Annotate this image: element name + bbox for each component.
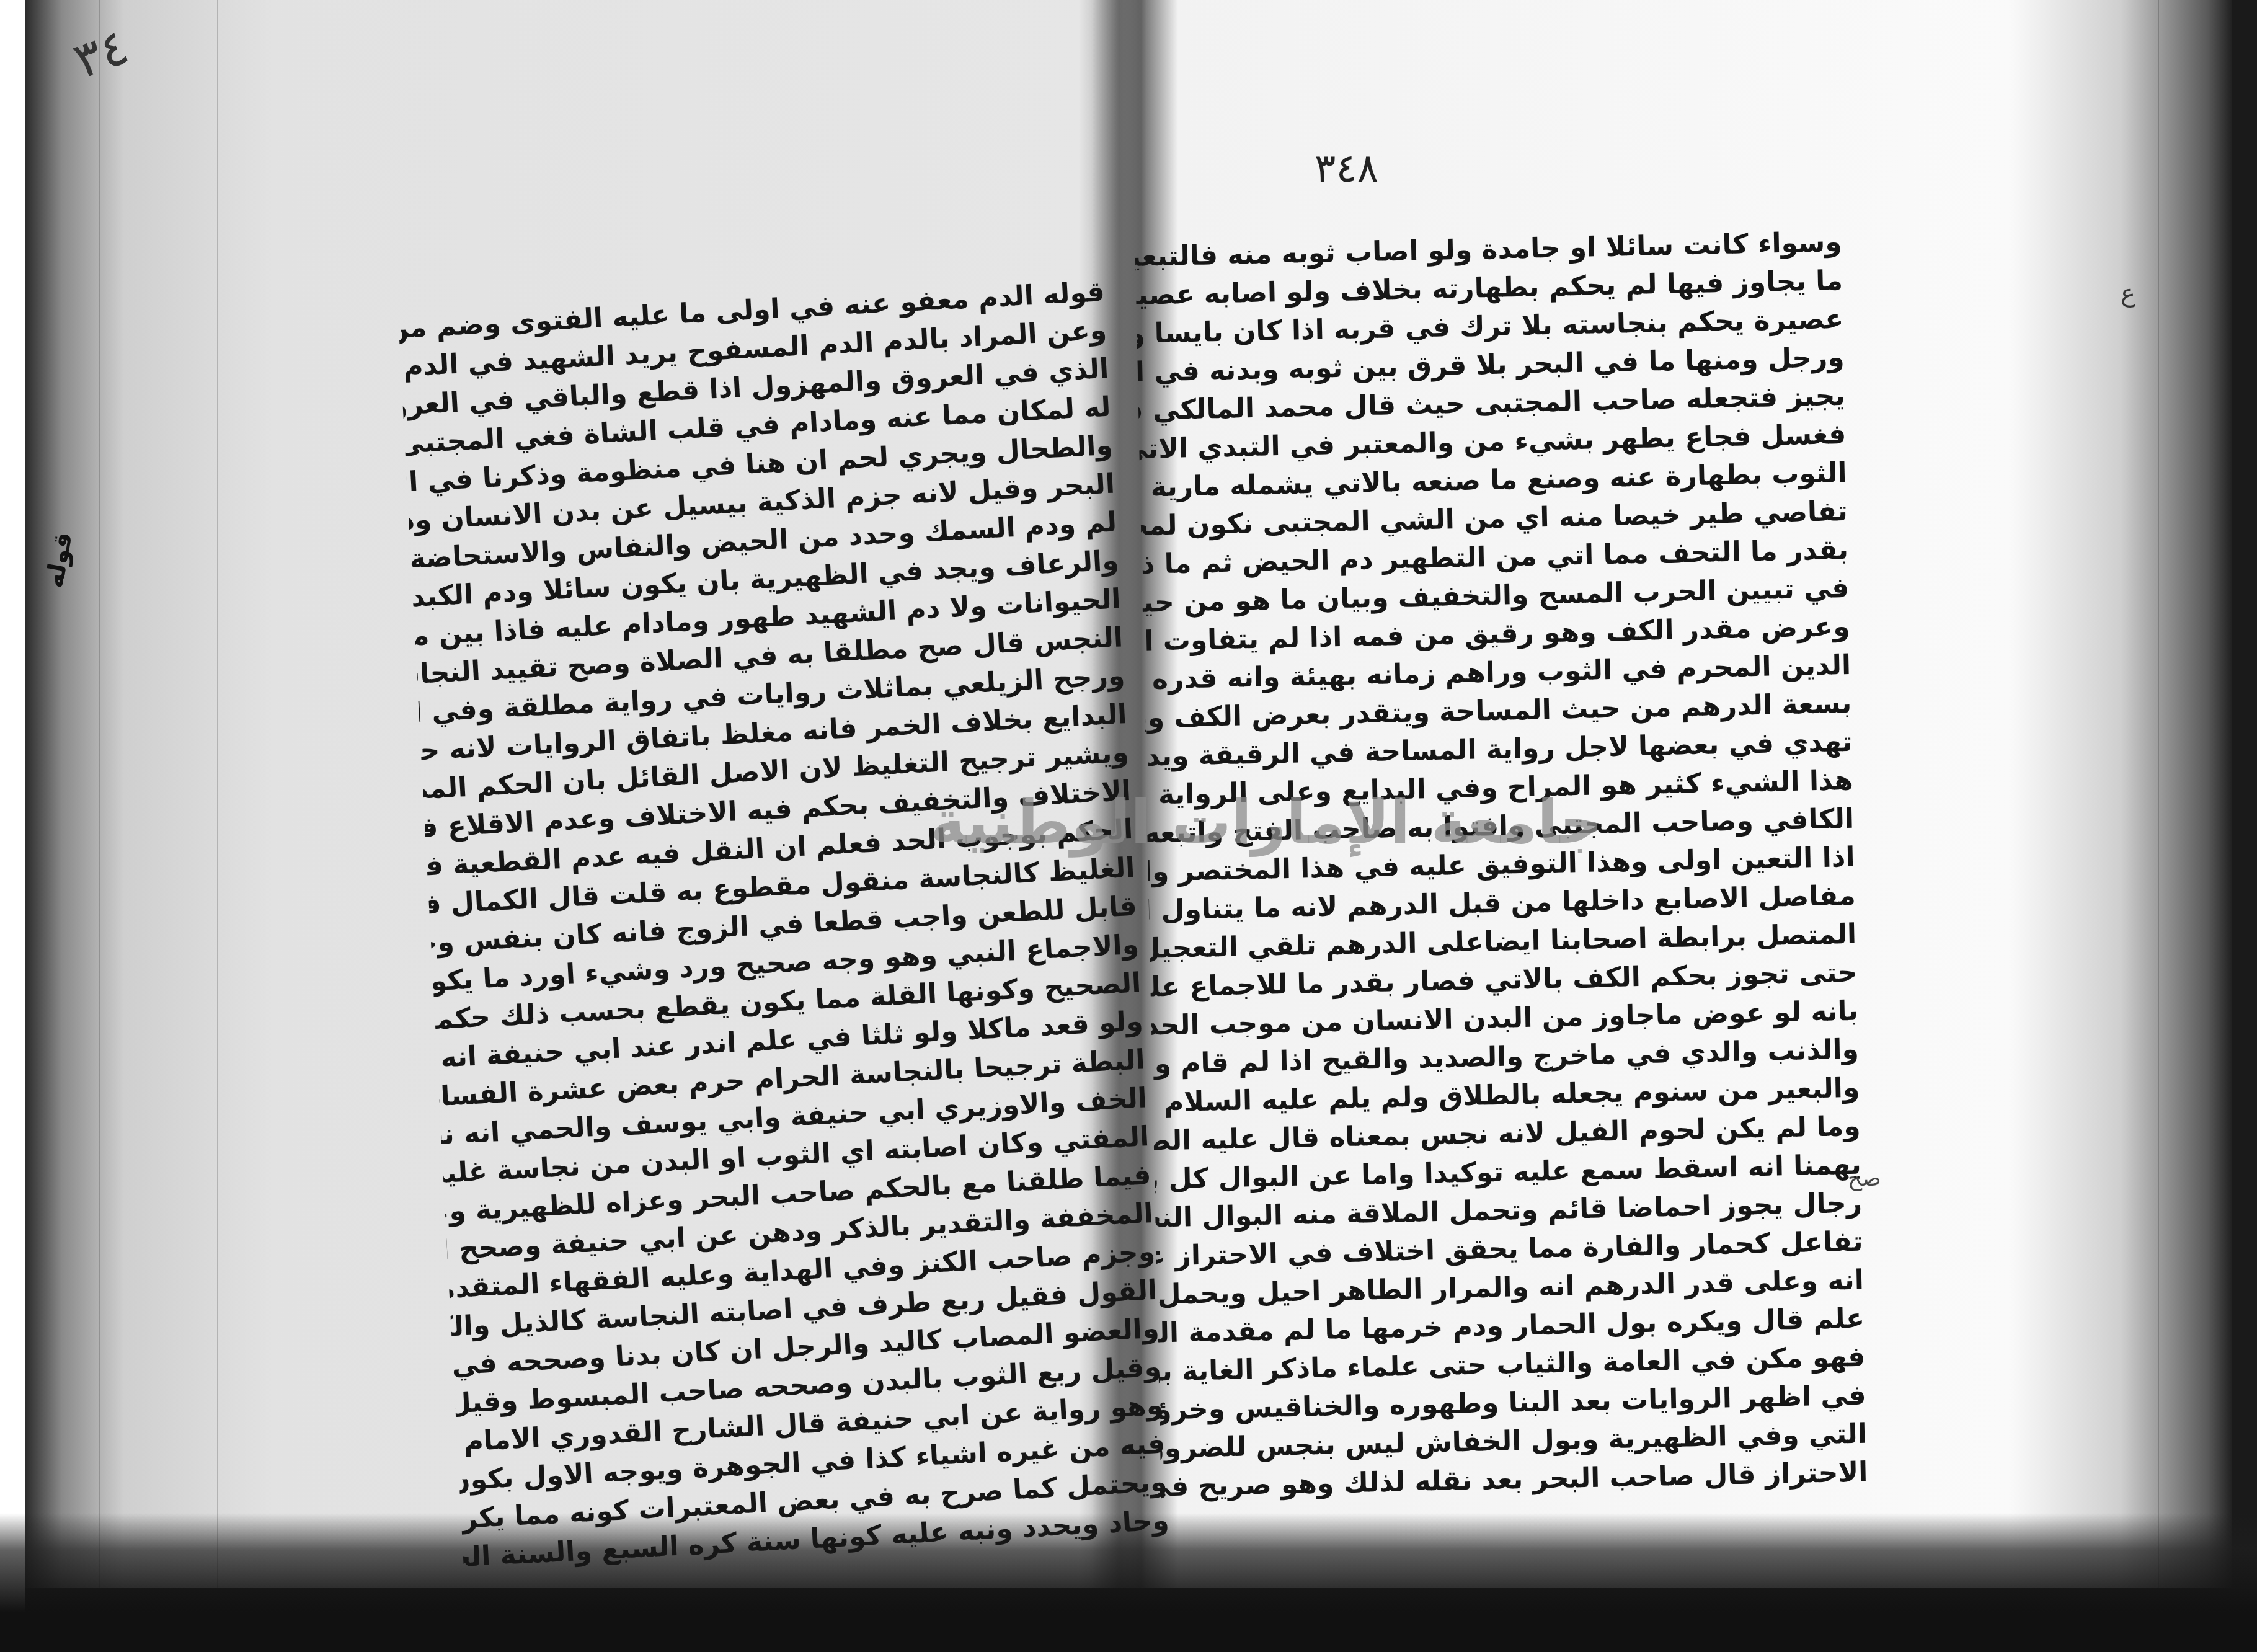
ruling-line	[217, 0, 218, 1588]
ruling-line	[2158, 0, 2159, 1588]
folio-number: ٣٤٨	[1315, 146, 1378, 192]
margin-mark-right: ع	[2121, 279, 2135, 308]
page-edge	[0, 0, 25, 1652]
right-page-text: وسواء كانت سائلا او جامدة ولو اصاب ثوبه …	[1135, 223, 1863, 1292]
ruling-line	[99, 0, 100, 1588]
library-watermark: جامعة الإمارات الوطنية	[930, 788, 1603, 857]
